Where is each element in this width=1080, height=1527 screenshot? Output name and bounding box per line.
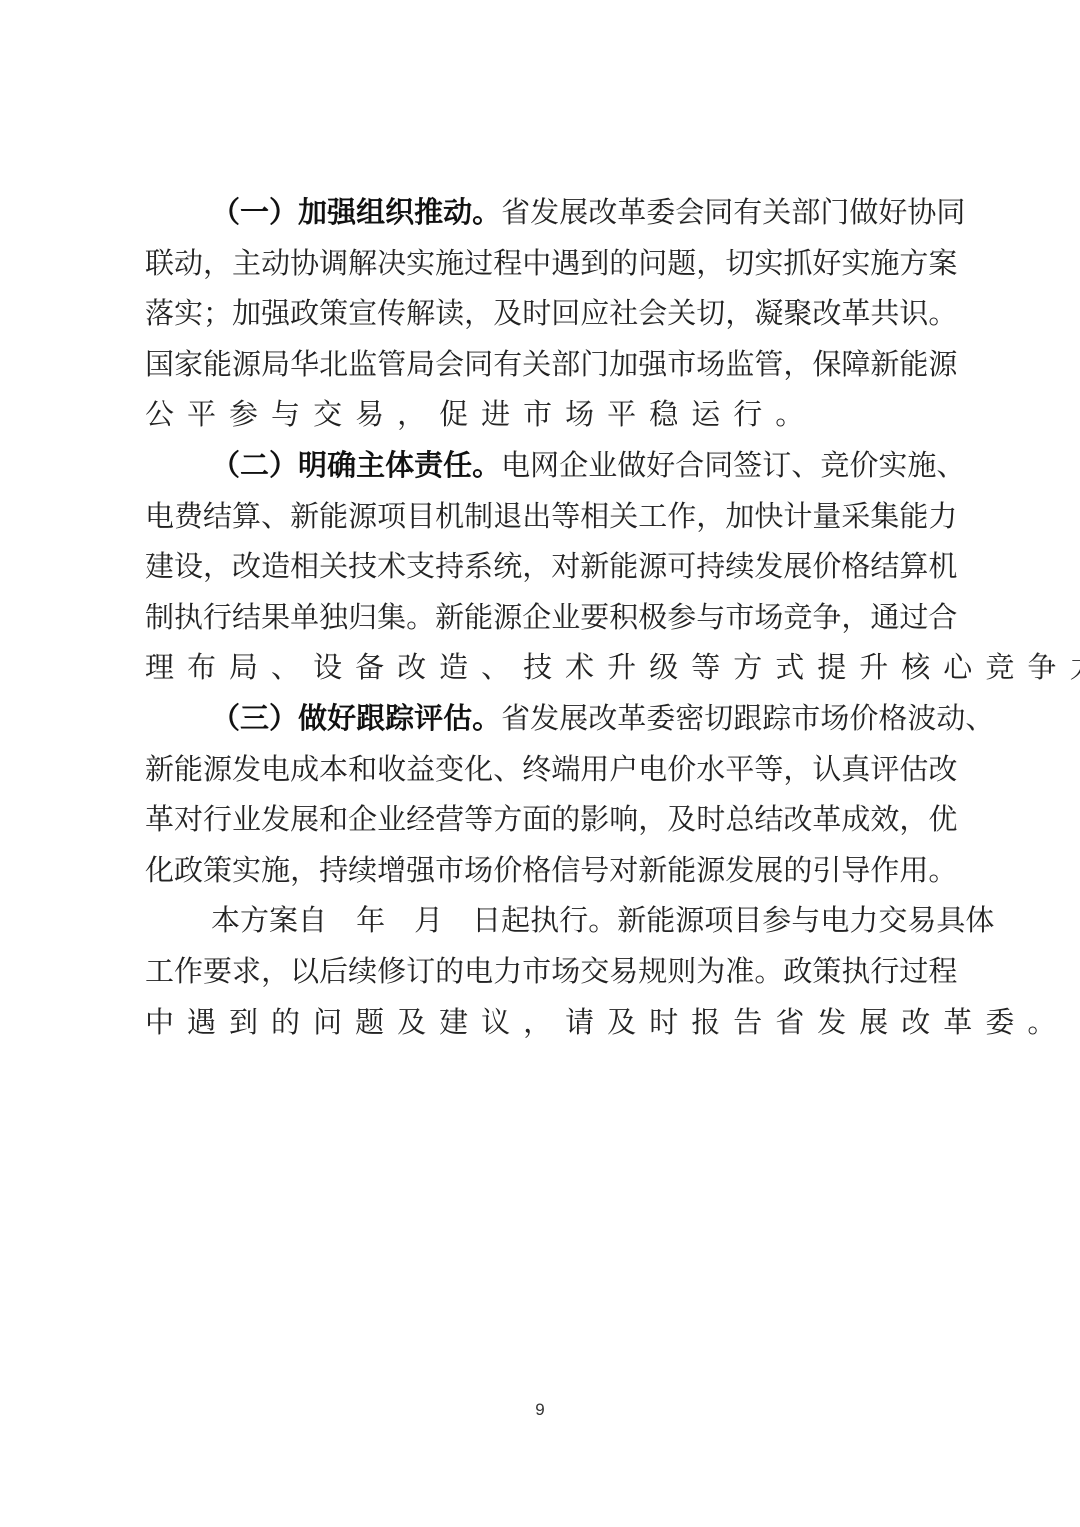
document-body: （一）加强组织推动。省发展改革委会同有关部门做好协同联动，主动协调解决实施过程中… xyxy=(145,187,943,1047)
paragraph-line: 国家能源局华北监管局会同有关部门加强市场监管，保障新能源 xyxy=(145,339,943,390)
paragraph-heading-line: （二）明确主体责任。电网企业做好合同签订、竞价实施、 xyxy=(145,440,943,491)
paragraph-heading-line: （一）加强组织推动。省发展改革委会同有关部门做好协同 xyxy=(145,187,943,238)
paragraph-line: 化政策实施，持续增强市场价格信号对新能源发展的引导作用。 xyxy=(145,845,943,896)
page-number: 9 xyxy=(0,1400,1080,1420)
paragraph-line: 工作要求，以后续修订的电力市场交易规则为准。政策执行过程 xyxy=(145,946,943,997)
paragraph-line: 电费结算、新能源项目机制退出等相关工作，加快计量采集能力 xyxy=(145,491,943,542)
paragraph-line: 本方案自 年 月 日起执行。新能源项目参与电力交易具体 xyxy=(145,895,943,946)
paragraph-line: 中遇到的问题及建议，请及时报告省发展改革委。 xyxy=(145,997,943,1048)
paragraph: （一）加强组织推动。省发展改革委会同有关部门做好协同联动，主动协调解决实施过程中… xyxy=(145,187,943,440)
paragraph-line: 公平参与交易，促进市场平稳运行。 xyxy=(145,389,943,440)
paragraph-line: 建设，改造相关技术支持系统，对新能源可持续发展价格结算机 xyxy=(145,541,943,592)
paragraph-line: 制执行结果单独归集。新能源企业要积极参与市场竞争，通过合 xyxy=(145,592,943,643)
paragraph-line: 理布局、设备改造、技术升级等方式提升核心竞争力。 xyxy=(145,642,943,693)
paragraph-line: 联动，主动协调解决实施过程中遇到的问题，切实抓好实施方案 xyxy=(145,238,943,289)
paragraph-heading-line: （三）做好跟踪评估。省发展改革委密切跟踪市场价格波动、 xyxy=(145,693,943,744)
paragraph: （三）做好跟踪评估。省发展改革委密切跟踪市场价格波动、新能源发电成本和收益变化、… xyxy=(145,693,943,895)
paragraph: 本方案自 年 月 日起执行。新能源项目参与电力交易具体工作要求，以后续修订的电力… xyxy=(145,895,943,1047)
paragraph: （二）明确主体责任。电网企业做好合同签订、竞价实施、电费结算、新能源项目机制退出… xyxy=(145,440,943,693)
document-page: （一）加强组织推动。省发展改革委会同有关部门做好协同联动，主动协调解决实施过程中… xyxy=(0,0,1080,1527)
paragraph-line: 新能源发电成本和收益变化、终端用户电价水平等，认真评估改 xyxy=(145,744,943,795)
paragraph-line: 革对行业发展和企业经营等方面的影响，及时总结改革成效，优 xyxy=(145,794,943,845)
paragraph-line: 落实；加强政策宣传解读，及时回应社会关切，凝聚改革共识。 xyxy=(145,288,943,339)
